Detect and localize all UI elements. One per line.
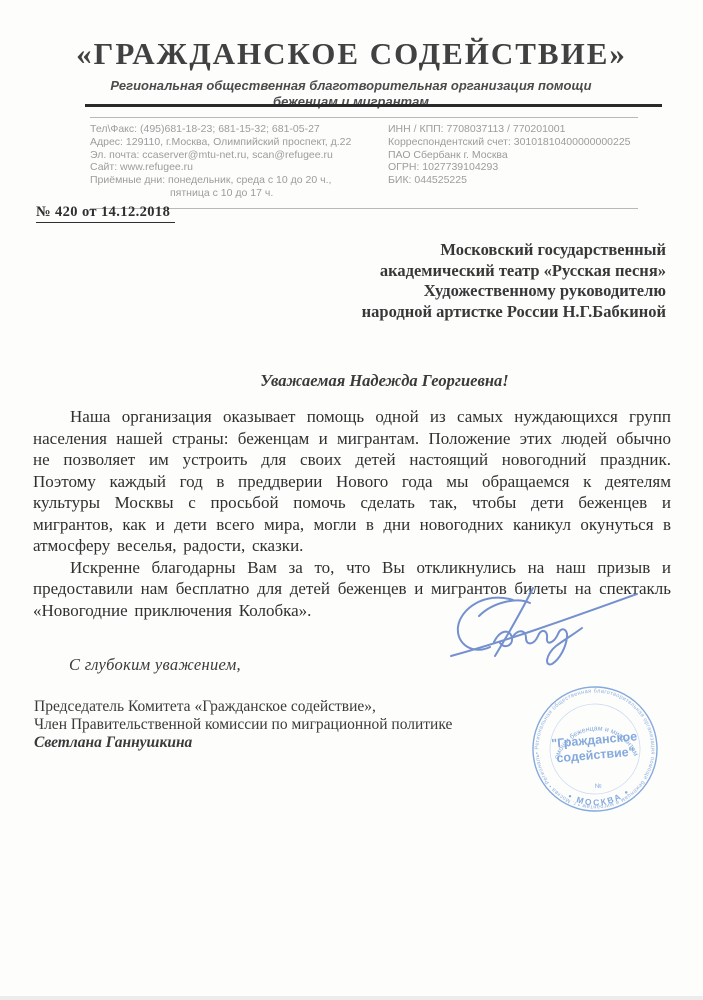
contact-email: Эл. почта: ccaserver@mtu-net.ru, scan@re… [90, 149, 388, 162]
addressee-block: Московский государственный академический… [362, 240, 666, 322]
handwritten-signature [433, 586, 640, 668]
addressee-line: народной артистке России Н.Г.Бабкиной [362, 302, 666, 323]
letter-page: «ГРАЖДАНСКОЕ СОДЕЙСТВИЕ» Региональная об… [0, 0, 703, 1000]
signature-block: Председатель Комитета «Гражданское содей… [34, 698, 452, 752]
contact-inn-kpp: ИНН / КПП: 7708037113 / 770201001 [388, 123, 638, 136]
contact-corr-account: Корреспондентский счет: 3010181040000000… [388, 136, 638, 149]
contact-block: Тел\Факс: (495)681-18-23; 681-15-32; 681… [90, 117, 638, 209]
body-paragraph-1: Наша организация оказывает помощь одной … [33, 406, 671, 557]
contact-hours-1: Приёмные дни: понедельник, среда с 10 до… [90, 174, 388, 187]
signer-title-2: Член Правительственной комиссии по мигра… [34, 716, 452, 734]
addressee-line: академический театр «Русская песня» [362, 261, 666, 282]
signer-title-1: Председатель Комитета «Гражданское содей… [34, 698, 452, 716]
reference-number: № 420 от 14.12.2018 [36, 204, 175, 223]
stamp-number-sign: № [594, 783, 602, 791]
contact-hours-2: пятница с 10 до 17 ч. [90, 187, 388, 200]
contact-right-column: ИНН / КПП: 7708037113 / 770201001 Коррес… [388, 123, 638, 200]
scan-bottom-edge [0, 996, 703, 1000]
closing-phrase: С глубоким уважением, [69, 655, 241, 675]
contact-phone: Тел\Факс: (495)681-18-23; 681-15-32; 681… [90, 123, 388, 136]
contact-bank: ПАО Сбербанк г. Москва [388, 149, 638, 162]
contact-ogrn: ОГРН: 1027739104293 [388, 161, 638, 174]
contact-website: Сайт: www.refugee.ru [90, 161, 388, 174]
organization-stamp: • Региональная общественная благотворите… [522, 676, 668, 822]
addressee-line: Художественному руководителю [362, 281, 666, 302]
salutation: Уважаемая Надежда Георгиевна! [33, 371, 703, 391]
contact-address: Адрес: 129110, г.Москва, Олимпийский про… [90, 136, 388, 149]
contact-bik: БИК: 044525225 [388, 174, 638, 187]
header-divider [85, 104, 662, 107]
signer-name: Светлана Ганнушкина [34, 734, 452, 752]
addressee-line: Московский государственный [362, 240, 666, 261]
org-title: «ГРАЖДАНСКОЕ СОДЕЙСТВИЕ» [0, 36, 703, 72]
contact-left-column: Тел\Факс: (495)681-18-23; 681-15-32; 681… [90, 123, 388, 200]
